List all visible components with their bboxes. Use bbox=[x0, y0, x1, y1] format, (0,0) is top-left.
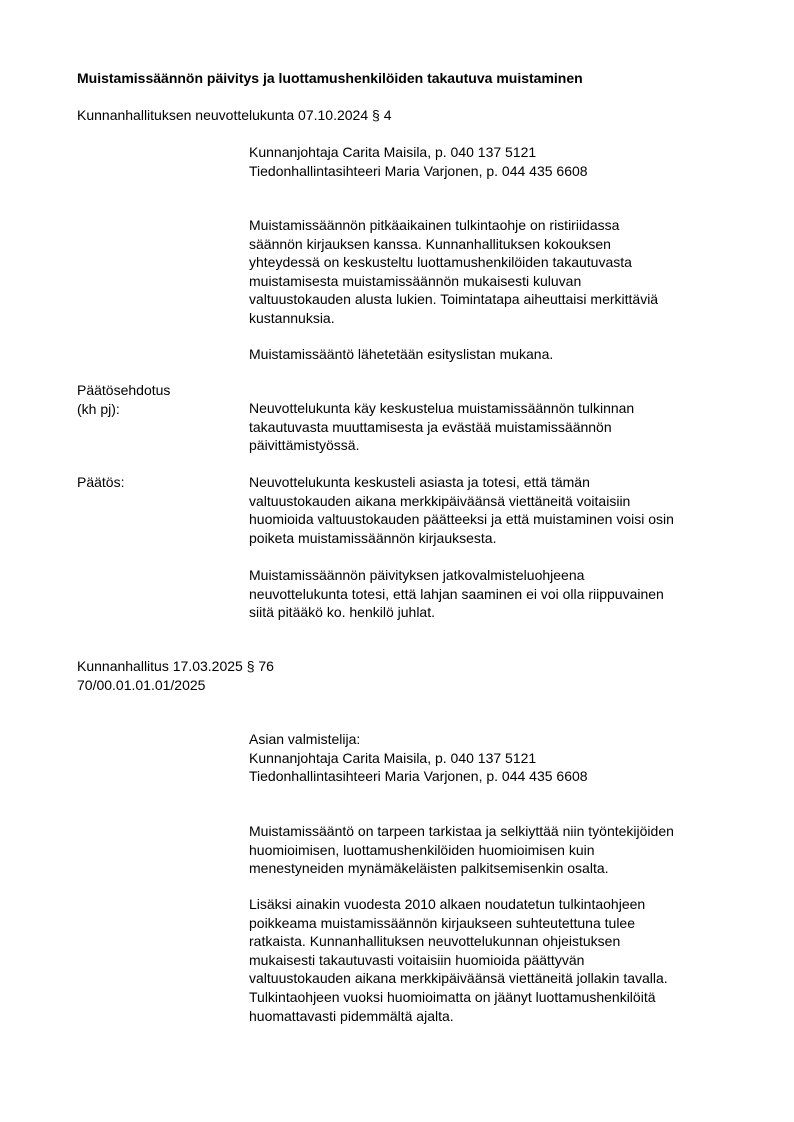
text-line: neuvottelukunta totesi, että lahjan saam… bbox=[249, 585, 664, 604]
label-line: (kh pj): bbox=[77, 400, 170, 419]
meeting1-body-paragraph-2: Muistamissääntö lähetetään esityslistan … bbox=[249, 345, 553, 364]
meeting1-header: Kunnanhallituksen neuvottelukunta 07.10.… bbox=[77, 106, 391, 125]
text-line: poiketa muistamissäännön kirjauksesta. bbox=[249, 529, 674, 548]
decision-paragraph-1: Neuvottelukunta keskusteli asiasta ja to… bbox=[249, 473, 674, 547]
text-line: Muistamissääntö on tarpeen tarkistaa ja … bbox=[249, 822, 674, 841]
text-line: mukaisesti takautuvasti voitaisiin huomi… bbox=[249, 951, 668, 970]
text-line: poikkeama muistamissäännön kirjaukseen s… bbox=[249, 914, 668, 933]
label-line: Päätösehdotus bbox=[77, 381, 170, 400]
meeting2-header: Kunnanhallitus 17.03.2025 § 76 70/00.01.… bbox=[77, 657, 274, 694]
decision-paragraph-2: Muistamissäännön päivityksen jatkovalmis… bbox=[249, 566, 664, 622]
text-line: valtuustokauden aikana merkkipäiväänsä v… bbox=[249, 492, 674, 511]
document-title: Muistamissäännön päivitys ja luottamushe… bbox=[77, 69, 583, 88]
text-line: valtuustokauden alusta lukien. Toimintat… bbox=[249, 290, 658, 309]
text-line: Lisäksi ainakin vuodesta 2010 alkaen nou… bbox=[249, 895, 668, 914]
text-line: siitä pitääkö ko. henkilö juhlat. bbox=[249, 603, 664, 622]
meeting2-body-paragraph-1: Muistamissääntö on tarpeen tarkistaa ja … bbox=[249, 822, 674, 878]
preparer-line: Kunnanjohtaja Carita Maisila, p. 040 137… bbox=[249, 749, 588, 768]
text-line: Neuvottelukunta keskusteli asiasta ja to… bbox=[249, 473, 674, 492]
text-line: huomioimisen, luottamushenkilöiden huomi… bbox=[249, 841, 674, 860]
text-line: Muistamissääntö lähetetään esityslistan … bbox=[249, 345, 553, 364]
proposal-text: Neuvottelukunta käy keskustelua muistami… bbox=[249, 399, 634, 455]
text-line: Neuvottelukunta käy keskustelua muistami… bbox=[249, 399, 634, 418]
preparer-heading: Asian valmistelija: bbox=[249, 730, 588, 749]
preparer-line: Kunnanjohtaja Carita Maisila, p. 040 137… bbox=[249, 143, 588, 162]
text-line: muistamisesta muistamissäännön mukaisest… bbox=[249, 272, 658, 291]
text-line: Tulkintaohjeen vuoksi huomioimatta on jä… bbox=[249, 988, 668, 1007]
text-line: takautuvasta muuttamisesta ja evästää mu… bbox=[249, 418, 634, 437]
text-line: ratkaista. Kunnanhallituksen neuvotteluk… bbox=[249, 932, 668, 951]
text-line: yhteydessä on keskusteltu luottamushenki… bbox=[249, 253, 658, 272]
preparer-line: Tiedonhallintasihteeri Maria Varjonen, p… bbox=[249, 767, 588, 786]
meeting1-preparers: Kunnanjohtaja Carita Maisila, p. 040 137… bbox=[249, 143, 588, 180]
text-line: Muistamissäännön päivityksen jatkovalmis… bbox=[249, 566, 664, 585]
decision-label: Päätös: bbox=[77, 473, 124, 492]
text-line: valtuustokauden aikana merkkipäiväänsä v… bbox=[249, 969, 668, 988]
text-line: huomioida valtuustokauden päätteeksi ja … bbox=[249, 510, 674, 529]
text-line: menestyneiden mynämäkeläisten palkitsemi… bbox=[249, 859, 674, 878]
meeting1-body-paragraph-1: Muistamissäännön pitkäaikainen tulkintao… bbox=[249, 216, 658, 328]
text-line: huomattavasti pidemmältä ajalta. bbox=[249, 1007, 668, 1026]
text-line: Muistamissäännön pitkäaikainen tulkintao… bbox=[249, 216, 658, 235]
preparer-line: Tiedonhallintasihteeri Maria Varjonen, p… bbox=[249, 162, 588, 181]
meeting2-body-paragraph-2: Lisäksi ainakin vuodesta 2010 alkaen nou… bbox=[249, 895, 668, 1025]
meeting2-preparers: Asian valmistelija: Kunnanjohtaja Carita… bbox=[249, 730, 588, 786]
text-line: kustannuksia. bbox=[249, 309, 658, 328]
meeting-title: Kunnanhallitus 17.03.2025 § 76 bbox=[77, 657, 274, 676]
text-line: päivittämistyössä. bbox=[249, 436, 634, 455]
record-number: 70/00.01.01.01/2025 bbox=[77, 676, 274, 695]
proposal-label: Päätösehdotus (kh pj): bbox=[77, 381, 170, 418]
text-line: säännön kirjauksen kanssa. Kunnanhallitu… bbox=[249, 235, 658, 254]
